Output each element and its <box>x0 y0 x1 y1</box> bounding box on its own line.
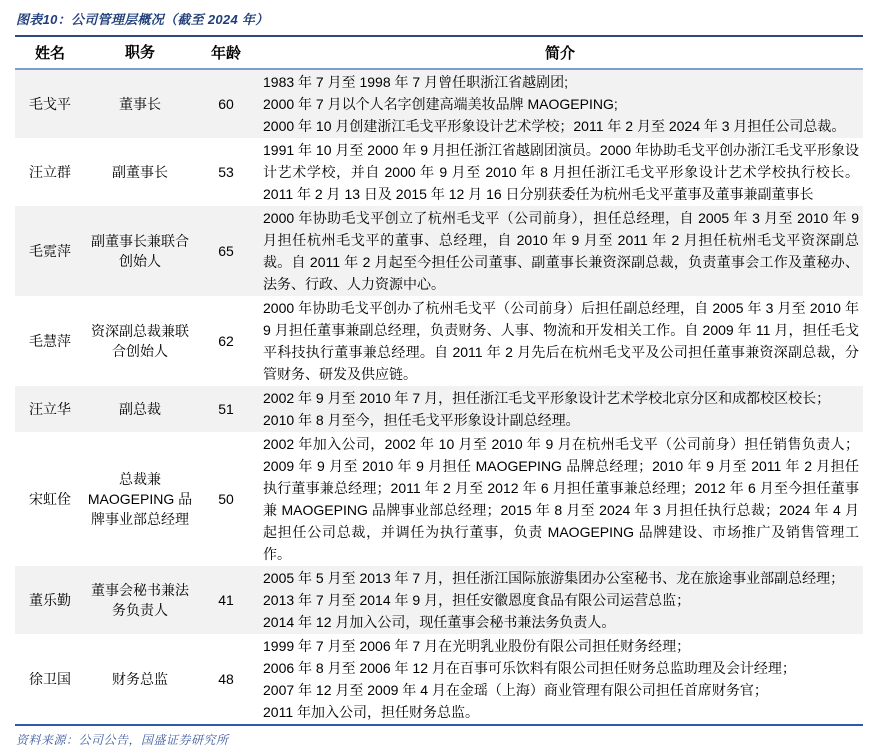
manager-bio: 2000 年协助毛戈平创办了杭州毛戈平（公司前身）后担任副总经理，自 2005 … <box>257 296 863 386</box>
bio-line: 2005 年 5 月至 2013 年 7 月，担任浙江国际旅游集团办公室秘书、龙… <box>263 567 859 589</box>
table-body: 毛戈平 董事长 60 1983 年 7 月至 1998 年 7 月曾任职浙江省越… <box>15 70 863 726</box>
manager-age: 48 <box>195 668 257 690</box>
table-row: 毛戈平 董事长 60 1983 年 7 月至 1998 年 7 月曾任职浙江省越… <box>15 70 863 138</box>
manager-position: 资深副总裁兼联合创始人 <box>85 321 195 361</box>
data-source-note: 资料来源：公司公告，国盛证券研究所 <box>15 726 863 748</box>
manager-name: 汪立华 <box>15 398 85 420</box>
manager-name: 宋虹佺 <box>15 488 85 510</box>
bio-line: 2000 年 7 月以个人名字创建高端美妆品牌 MAOGEPING; <box>263 93 859 115</box>
bio-line: 2000 年 10 月创建浙江毛戈平形象设计艺术学校；2011 年 2 月至 2… <box>263 115 859 137</box>
header-bio: 简介 <box>257 42 863 63</box>
table-row: 汪立华 副总裁 51 2002 年 9 月至 2010 年 7 月，担任浙江毛戈… <box>15 386 863 432</box>
manager-age: 65 <box>195 240 257 262</box>
manager-position: 董事长 <box>85 94 195 114</box>
manager-bio: 1999 年 7 月至 2006 年 7 月在光明乳业股份有限公司担任财务经理；… <box>257 634 863 724</box>
report-page: 图表10：公司管理层概况（截至 2024 年） 姓名 职务 年龄 简介 毛戈平 … <box>0 0 878 748</box>
bio-line: 2011 年加入公司，担任财务总监。 <box>263 701 859 723</box>
manager-bio: 1983 年 7 月至 1998 年 7 月曾任职浙江省越剧团; 2000 年 … <box>257 70 863 138</box>
manager-age: 60 <box>195 93 257 115</box>
table-row: 汪立群 副董事长 53 1991 年 10 月至 2000 年 9 月担任浙江省… <box>15 138 863 206</box>
bio-line: 2007 年 12 月至 2009 年 4 月在金瑶（上海）商业管理有限公司担任… <box>263 679 859 701</box>
bio-line: 1999 年 7 月至 2006 年 7 月在光明乳业股份有限公司担任财务经理； <box>263 635 859 657</box>
figure-title: 图表10：公司管理层概况（截至 2024 年） <box>15 6 863 35</box>
bio-line: 1983 年 7 月至 1998 年 7 月曾任职浙江省越剧团; <box>263 71 859 93</box>
manager-name: 毛戈平 <box>15 93 85 115</box>
bio-line: 2006 年 8 月至 2006 年 12 月在百事可乐饮料有限公司担任财务总监… <box>263 657 859 679</box>
manager-name: 毛慧萍 <box>15 330 85 352</box>
manager-name: 汪立群 <box>15 161 85 183</box>
manager-age: 51 <box>195 398 257 420</box>
bio-line: 2010 年 8 月至今，担任毛戈平形象设计副总经理。 <box>263 409 859 431</box>
table-row: 宋虹佺 总裁兼 MAOGEPING 品牌事业部总经理 50 2002 年加入公司… <box>15 432 863 566</box>
manager-position: 副总裁 <box>85 399 195 419</box>
bio-line: 2000 年协助毛戈平创立了杭州毛戈平（公司前身），担任总经理，自 2005 年… <box>263 207 859 295</box>
manager-position: 副董事长兼联合创始人 <box>85 231 195 271</box>
table-row: 毛霓萍 副董事长兼联合创始人 65 2000 年协助毛戈平创立了杭州毛戈平（公司… <box>15 206 863 296</box>
manager-bio: 2002 年加入公司，2002 年 10 月至 2010 年 9 月在杭州毛戈平… <box>257 432 863 566</box>
manager-bio: 2000 年协助毛戈平创立了杭州毛戈平（公司前身），担任总经理，自 2005 年… <box>257 206 863 296</box>
table-row: 徐卫国 财务总监 48 1999 年 7 月至 2006 年 7 月在光明乳业股… <box>15 634 863 724</box>
manager-position: 副董事长 <box>85 162 195 182</box>
table-row: 毛慧萍 资深副总裁兼联合创始人 62 2000 年协助毛戈平创办了杭州毛戈平（公… <box>15 296 863 386</box>
header-age: 年龄 <box>195 42 257 63</box>
manager-age: 62 <box>195 330 257 352</box>
bio-line: 2013 年 7 月至 2014 年 9 月，担任安徽恩度食品有限公司运营总监； <box>263 589 859 611</box>
manager-age: 50 <box>195 488 257 510</box>
bio-line: 2002 年 9 月至 2010 年 7 月，担任浙江毛戈平形象设计艺术学校北京… <box>263 387 859 409</box>
table-header-row: 姓名 职务 年龄 简介 <box>15 35 863 70</box>
management-table: 姓名 职务 年龄 简介 毛戈平 董事长 60 1983 年 7 月至 1998 … <box>15 35 863 726</box>
table-row: 董乐勤 董事会秘书兼法务负责人 41 2005 年 5 月至 2013 年 7 … <box>15 566 863 634</box>
manager-position: 总裁兼 MAOGEPING 品牌事业部总经理 <box>85 469 195 529</box>
bio-line: 1991 年 10 月至 2000 年 9 月担任浙江省越剧团演员。2000 年… <box>263 139 859 205</box>
manager-bio: 2005 年 5 月至 2013 年 7 月，担任浙江国际旅游集团办公室秘书、龙… <box>257 566 863 634</box>
manager-position: 董事会秘书兼法务负责人 <box>85 580 195 620</box>
manager-bio: 1991 年 10 月至 2000 年 9 月担任浙江省越剧团演员。2000 年… <box>257 138 863 206</box>
manager-age: 53 <box>195 161 257 183</box>
manager-age: 41 <box>195 589 257 611</box>
bio-line: 2000 年协助毛戈平创办了杭州毛戈平（公司前身）后担任副总经理，自 2005 … <box>263 297 859 385</box>
manager-position: 财务总监 <box>85 669 195 689</box>
bio-line: 2002 年加入公司，2002 年 10 月至 2010 年 9 月在杭州毛戈平… <box>263 433 859 565</box>
manager-name: 毛霓萍 <box>15 240 85 262</box>
manager-name: 董乐勤 <box>15 589 85 611</box>
header-position: 职务 <box>85 43 195 63</box>
manager-bio: 2002 年 9 月至 2010 年 7 月，担任浙江毛戈平形象设计艺术学校北京… <box>257 386 863 432</box>
manager-name: 徐卫国 <box>15 668 85 690</box>
bio-line: 2014 年 12 月加入公司，现任董事会秘书兼法务负责人。 <box>263 611 859 633</box>
header-name: 姓名 <box>15 42 85 63</box>
